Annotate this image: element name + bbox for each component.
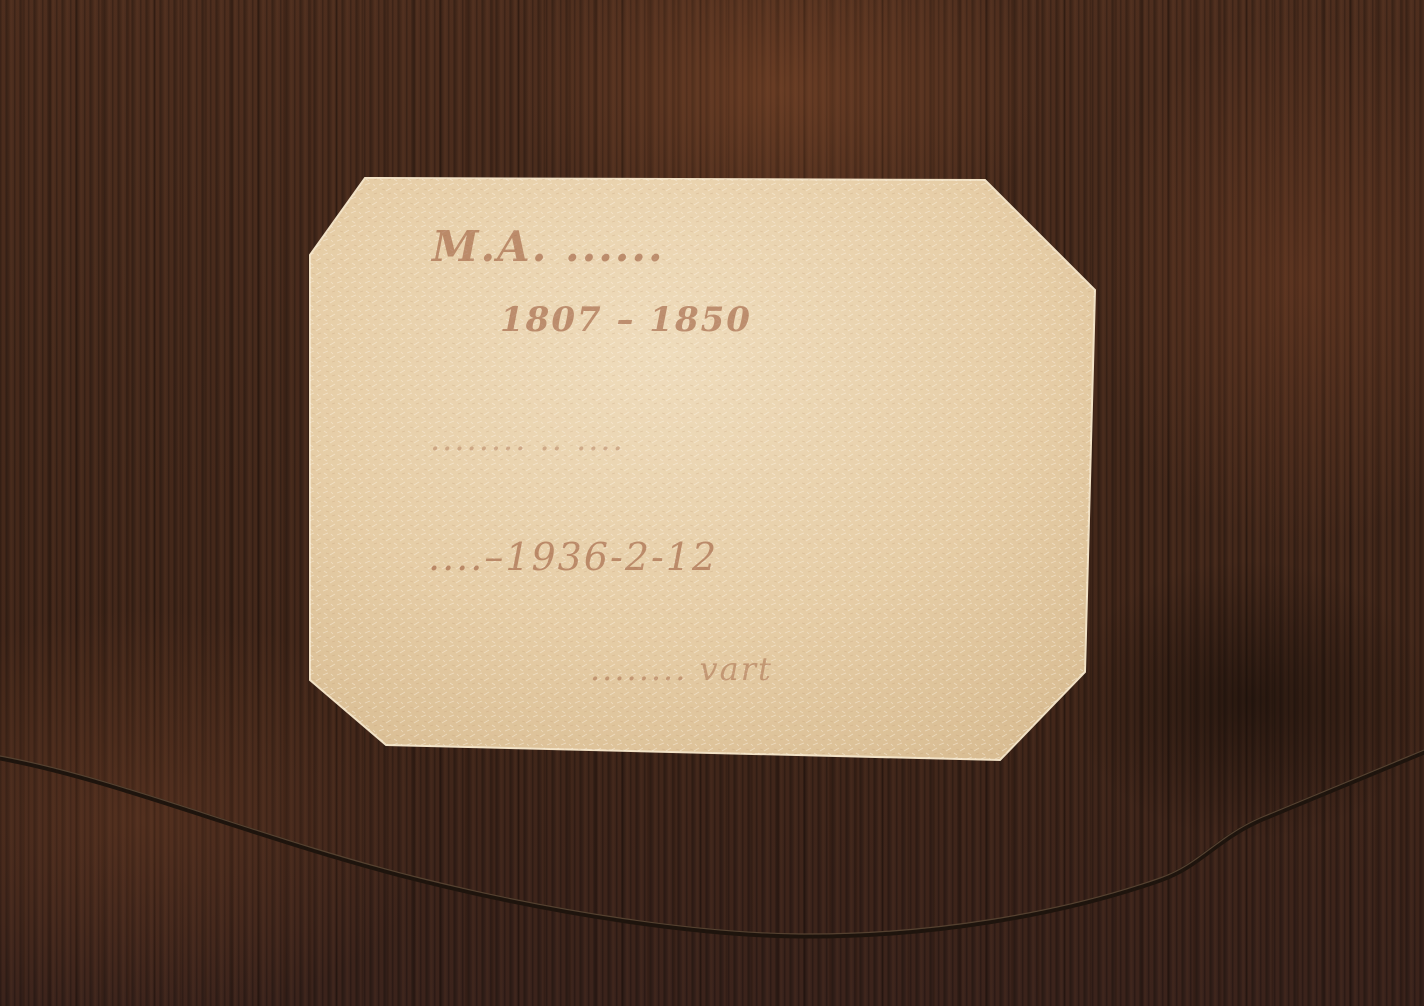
wooden-panel-back: M.A. ...... 1807 – 1850 ........ .. ....… [0,0,1424,1006]
hanging-wire [0,0,1424,1006]
